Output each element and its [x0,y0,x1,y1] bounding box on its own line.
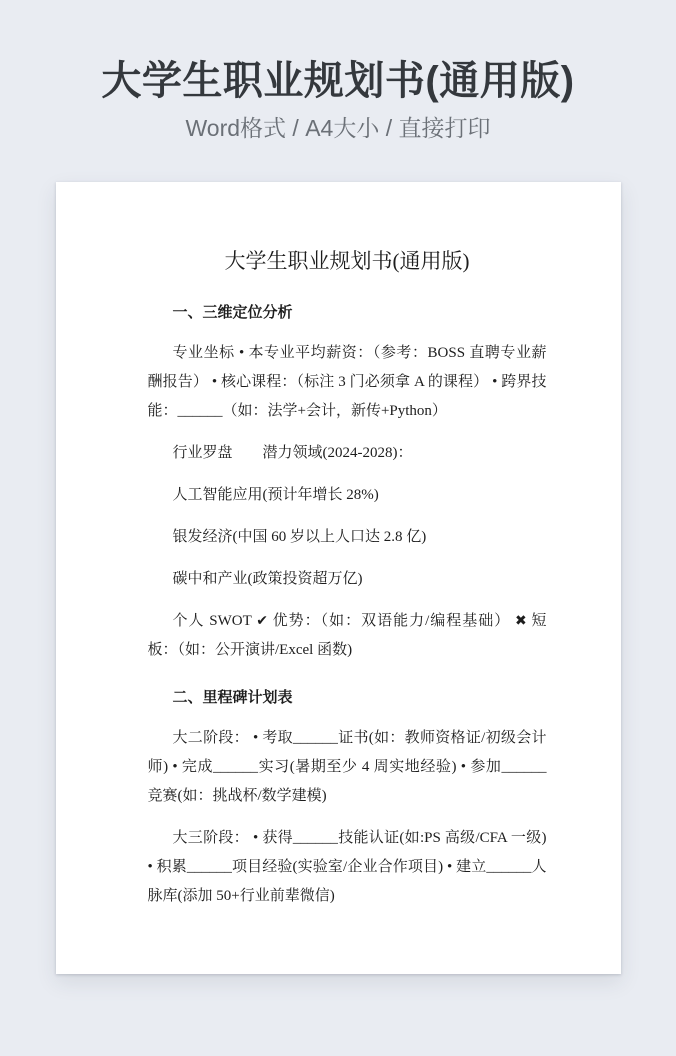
swot-strengths-text: 优势：（如：双语能力/编程基础） [268,613,515,629]
check-icon: ✔ [256,613,268,629]
document-content: 大学生职业规划书(通用版) 一、三维定位分析 专业坐标 • 本专业平均薪资：（参… [148,246,547,911]
document-title: 大学生职业规划书(通用版) [148,246,547,276]
paragraph-industry-compass: 行业罗盘 潜力领域(2024-2028)： [148,439,547,468]
paragraph-major-coordinates: 专业坐标 • 本专业平均薪资：（参考：BOSS 直聘专业薪酬报告） • 核心课程… [148,339,547,426]
cross-icon: ✖ [515,613,527,629]
page-subtitle: Word格式 / A4大小 / 直接打印 [0,114,676,144]
paragraph-silver-economy: 银发经济(中国 60 岁以上人口达 2.8 亿) [148,523,547,552]
paragraph-personal-swot: 个人 SWOT ✔ 优势：（如：双语能力/编程基础） ✖ 短板：（如：公开演讲/… [148,607,547,665]
paragraph-carbon-neutral: 碳中和产业(政策投资超万亿) [148,565,547,594]
page-header: 大学生职业规划书(通用版) Word格式 / A4大小 / 直接打印 [0,0,676,144]
section-2-heading: 二、里程碑计划表 [148,687,547,709]
page-title: 大学生职业规划书(通用版) [0,56,676,106]
paragraph-ai-field: 人工智能应用(预计年增长 28%) [148,481,547,510]
section-1-heading: 一、三维定位分析 [148,302,547,324]
paragraph-sophomore-stage: 大二阶段： • 考取______证书(如：教师资格证/初级会计师) • 完成__… [148,724,547,811]
swot-lead-text: 个人 SWOT [173,613,257,629]
document-page-preview: 大学生职业规划书(通用版) 一、三维定位分析 专业坐标 • 本专业平均薪资：（参… [56,182,621,974]
paragraph-junior-stage: 大三阶段： • 获得______技能认证(如:PS 高级/CFA 一级) • 积… [148,824,547,911]
